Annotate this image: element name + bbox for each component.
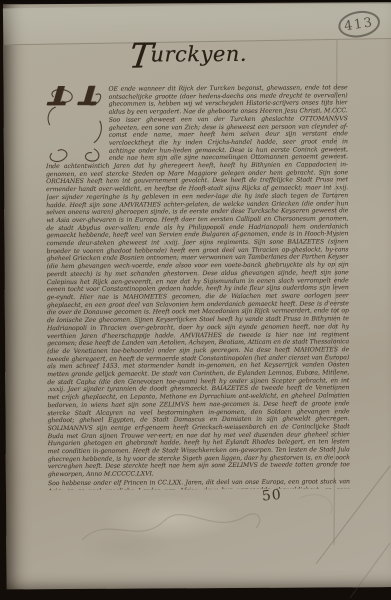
closing-paragraph: Soo hebbense onder elf Princen in CC.LXX… [48,478,350,490]
body-paragraph: H OE ende wanneer dit Rijck der Turcken … [46,84,350,479]
folio-annotation-number: 413 [344,15,375,34]
title-ornate-initial: T [128,41,153,71]
top-edge-shadow [0,0,391,4]
title-text: urckyen. [150,42,247,67]
text-block: H OE ende wanneer dit Rijck der Turcken … [46,84,350,490]
page-title: Turckyen. [3,40,373,72]
book-photo: 413 Turckyen. [0,0,391,600]
drop-cap-letter: H [49,84,105,89]
page-number: 50 [261,487,282,505]
ornate-drop-cap: H [46,87,104,163]
book-page: 413 Turckyen. [3,2,391,589]
underlying-page-edge [3,2,391,45]
